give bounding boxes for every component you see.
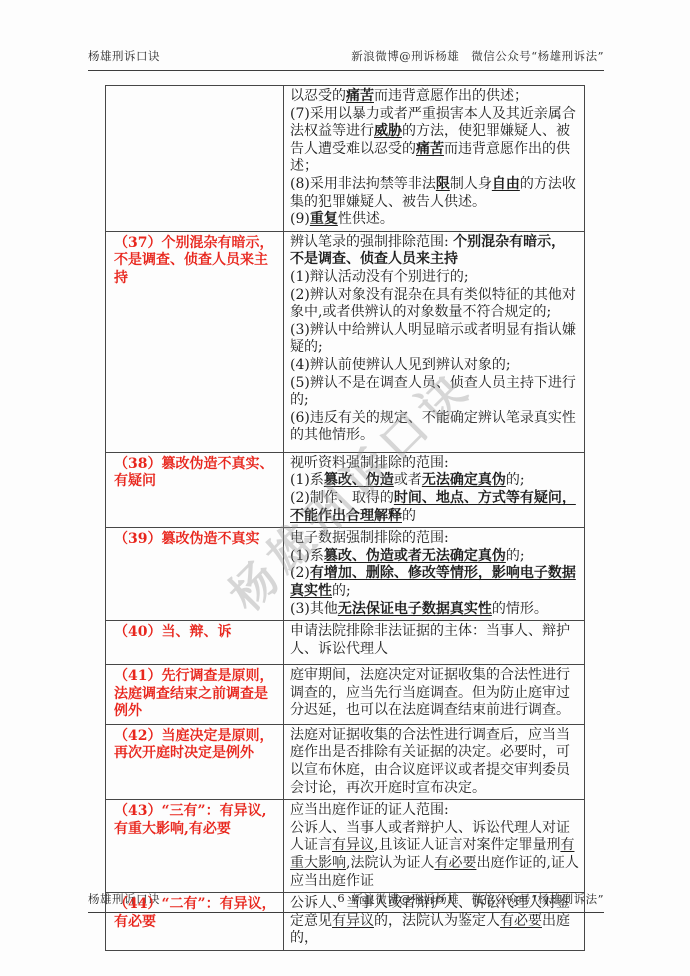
table-row: （44）“二有”：有异议，有必要公诉人、当事人或者辩护人、诉讼代理人对鉴定意见有… <box>106 892 584 950</box>
content-cell: 视听资料强制排除的范围:(1)系篡改、伪造或者无法确定真伪的;(2)制作、取得的… <box>284 453 584 527</box>
table-row: （41）先行调查是原则，法庭调查结束之前调查是例外庭审期间，法庭决定对证据收集的… <box>106 664 584 724</box>
mnemonic-cell: （40）当、辩、诉 <box>106 621 284 664</box>
content-paragraph: (1)系篡改、伪造或者无法确定真伪的; <box>290 548 579 566</box>
mnemonic-cell: （39）篡改伪造不真实 <box>106 528 284 620</box>
content-paragraph: 辨认笔录的强制排除范围: 个别混杂有暗示，不是调查、侦查人员来主持 <box>290 234 579 269</box>
table-row: （40）当、辩、诉申请法院排除非法证据的主体：当事人、辩护人、诉讼代理人 <box>106 620 584 664</box>
mnemonic-cell: （43）“三有”：有异议,有重大影响,有必要 <box>106 800 284 892</box>
content-cell: 以忍受的痛苦而违背意愿作出的供述；(7)采用以暴力或者严重损害本人及其近亲属合法… <box>284 86 584 231</box>
content-paragraph: (3)辨认中给辨认人明显暗示或者明显有指认嫌疑的; <box>290 322 579 357</box>
table-row: （43）“三有”：有异议,有重大影响,有必要应当出庭作证的证人范围:公诉人、当事… <box>106 799 584 892</box>
page-header: 杨雄刑诉口诀 新浪微博@刑诉杨雄 微信公众号“杨雄刑诉法” <box>88 48 604 71</box>
content-paragraph: (4)辨认前使辨认人见到辨认对象的; <box>290 357 579 375</box>
document-page: 杨雄刑诉口诀 新浪微博@刑诉杨雄 微信公众号“杨雄刑诉法” 以忍受的痛苦而违背意… <box>0 0 690 976</box>
content-paragraph: 视听资料强制排除的范围: <box>290 455 579 473</box>
content-paragraph: (2)辨认对象没有混杂在具有类似特征的其他对象中,或者供辨认的对象数量不符合规定… <box>290 287 579 322</box>
content-cell: 应当出庭作证的证人范围:公诉人、当事人或者辩护人、诉讼代理人对证人证言有异议,且… <box>284 800 584 892</box>
mnemonic-cell <box>106 86 284 231</box>
content-paragraph: (7)采用以暴力或者严重损害本人及其近亲属合法权益等进行威胁的方法，使犯罪嫌疑人… <box>290 106 579 176</box>
content-paragraph: (2)制作、取得的时间、地点、方式等有疑问，不能作出合理解释的 <box>290 490 579 525</box>
mnemonic-cell: （37）个别混杂有暗示，不是调查、侦查人员来主持 <box>106 232 284 452</box>
content-cell: 辨认笔录的强制排除范围: 个别混杂有暗示，不是调查、侦查人员来主持(1)辩认活动… <box>284 232 584 452</box>
content-paragraph: (8)采用非法拘禁等非法限制人身自由的方法收集的犯罪嫌疑人、被告人供述。 <box>290 176 579 211</box>
content-paragraph: 申请法院排除非法证据的主体：当事人、辩护人、诉讼代理人 <box>290 623 579 658</box>
header-title: 杨雄刑诉口诀 <box>88 48 160 64</box>
content-paragraph: 公诉人、当事人或者辩护人、诉讼代理人对证人证言有异议,且该证人证言对案件定罪量刑… <box>290 820 579 890</box>
content-cell: 电子数据强制排除的范围:(1)系篡改、伪造或者无法确定真伪的;(2)有增加、删除… <box>284 528 584 620</box>
table-row: 以忍受的痛苦而违背意愿作出的供述；(7)采用以暴力或者严重损害本人及其近亲属合法… <box>106 86 584 231</box>
header-social-info: 新浪微博@刑诉杨雄 微信公众号“杨雄刑诉法” <box>351 48 604 64</box>
table-row: （39）篡改伪造不真实电子数据强制排除的范围:(1)系篡改、伪造或者无法确定真伪… <box>106 527 584 620</box>
content-paragraph: 电子数据强制排除的范围: <box>290 530 579 548</box>
content-paragraph: (5)辨认不是在调查人员、侦查人员主持下进行的; <box>290 375 579 410</box>
content-paragraph: (1)系篡改、伪造或者无法确定真伪的; <box>290 472 579 490</box>
content-cell: 申请法院排除非法证据的主体：当事人、辩护人、诉讼代理人 <box>284 621 584 664</box>
content-paragraph: 庭审期间，法庭决定对证据收集的合法性进行调查的，应当先行当庭调查。但为防止庭审过… <box>290 667 579 720</box>
mnemonic-cell: （42）当庭决定是原则，再次开庭时决定是例外 <box>106 725 284 799</box>
content-cell: 庭审期间，法庭决定对证据收集的合法性进行调查的，应当先行当庭调查。但为防止庭审过… <box>284 665 584 724</box>
content-cell: 法庭对证据收集的合法性进行调查后，应当当庭作出是否排除有关证据的决定。必要时，可… <box>284 725 584 799</box>
content-paragraph: 以忍受的痛苦而违背意愿作出的供述； <box>290 88 579 106</box>
content-paragraph: (9)重复性供述。 <box>290 211 579 229</box>
content-paragraph: (3)其他无法保证电子数据真实性的情形。 <box>290 601 579 619</box>
content-cell: 公诉人、当事人或者辩护人、诉讼代理人对鉴定意见有异议的，法院认为鉴定人有必要出庭… <box>284 893 584 950</box>
table-row: （37）个别混杂有暗示，不是调查、侦查人员来主持辨认笔录的强制排除范围: 个别混… <box>106 231 584 452</box>
content-paragraph: (1)辩认活动没有个别进行的; <box>290 269 579 287</box>
mnemonic-cell: （44）“二有”：有异议，有必要 <box>106 893 284 950</box>
content-paragraph: (2)有增加、删除、修改等情形，影响电子数据真实性的; <box>290 565 579 600</box>
mnemonic-cell: （38）篡改伪造不真实、有疑问 <box>106 453 284 527</box>
content-paragraph: 应当出庭作证的证人范围: <box>290 802 579 820</box>
table-row: （38）篡改伪造不真实、有疑问视听资料强制排除的范围:(1)系篡改、伪造或者无法… <box>106 452 584 527</box>
table-row: （42）当庭决定是原则，再次开庭时决定是例外法庭对证据收集的合法性进行调查后，应… <box>106 724 584 799</box>
content-paragraph: (6)违反有关的规定、不能确定辨认笔录真实性的其他情形。 <box>290 410 579 445</box>
rules-table: 以忍受的痛苦而违背意愿作出的供述；(7)采用以暴力或者严重损害本人及其近亲属合法… <box>105 85 585 951</box>
content-paragraph: 法庭对证据收集的合法性进行调查后，应当当庭作出是否排除有关证据的决定。必要时，可… <box>290 727 579 797</box>
content-paragraph: 公诉人、当事人或者辩护人、诉讼代理人对鉴定意见有异议的，法院认为鉴定人有必要出庭… <box>290 895 579 948</box>
mnemonic-cell: （41）先行调查是原则，法庭调查结束之前调查是例外 <box>106 665 284 724</box>
